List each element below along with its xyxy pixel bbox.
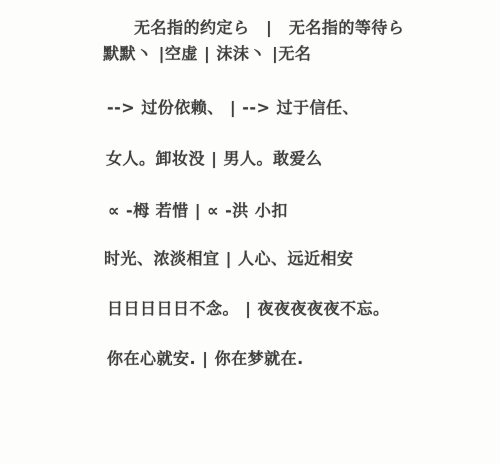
signature-text-page: 无名指的约定ら | 无名指的等待ら 默默丶 |空虚 | 沫沫丶 |无名 --> … — [0, 0, 500, 464]
signature-line-4: 女人。卸妆没 | 男人。敢爱么 — [106, 146, 323, 169]
signature-line-7: 日日日日日不念。 | 夜夜夜夜夜不忘。 — [107, 296, 390, 319]
signature-line-1: 无名指的约定ら | 无名指的等待ら — [134, 15, 404, 38]
signature-line-6: 时光、浓淡相宜 | 人心、远近相安 — [104, 246, 354, 269]
signature-line-2: 默默丶 |空虚 | 沫沫丶 |无名 — [103, 41, 311, 64]
signature-line-5: ∝ -栂 若惜 | ∝ -洪 小扣 — [108, 198, 288, 221]
signature-line-8: 你在心就安. | 你在梦就在. — [107, 346, 304, 369]
signature-line-3: --> 过份依赖、 | --> 过于信任、 — [107, 95, 359, 118]
